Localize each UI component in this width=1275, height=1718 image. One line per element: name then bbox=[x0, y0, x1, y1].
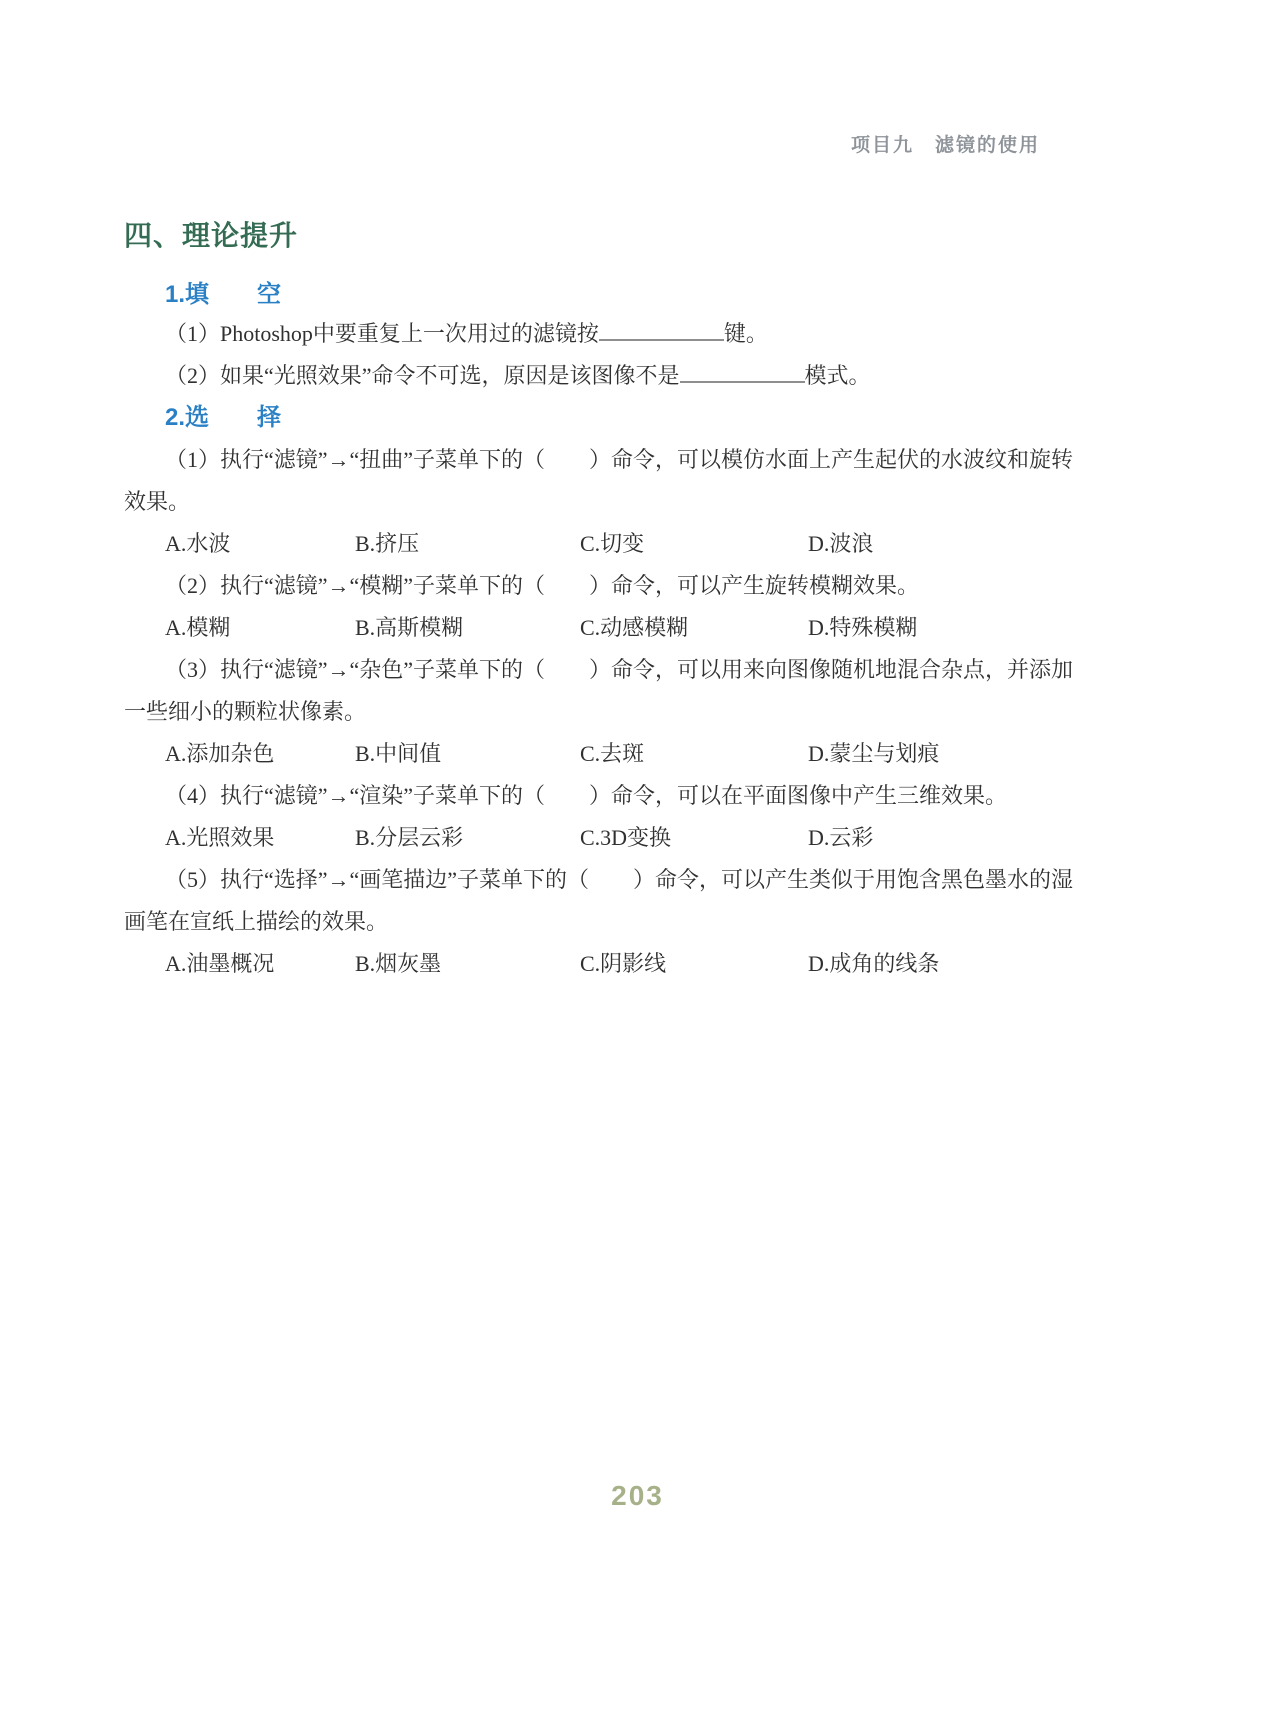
question-text-line: 效果。 bbox=[124, 481, 1151, 523]
section-title: 四、理论提升 bbox=[124, 219, 1151, 253]
option-d: D.云彩 bbox=[808, 817, 1151, 859]
answer-blank bbox=[680, 363, 805, 383]
question-text-line: （4）执行“滤镜”→“渲染”子菜单下的（ ）命令，可以在平面图像中产生三维效果。 bbox=[124, 775, 1151, 817]
option-b: B.分层云彩 bbox=[355, 817, 580, 859]
fill-in-item-post: 模式。 bbox=[805, 363, 871, 388]
option-d: D.波浪 bbox=[808, 523, 1151, 565]
option-d: D.蒙尘与划痕 bbox=[808, 733, 1151, 775]
document-page: 项目九 滤镜的使用 四、理论提升 1.填 空 （1）Photoshop中要重复上… bbox=[0, 0, 1275, 1718]
options-row: A.油墨概况 B.烟灰墨 C.阴影线 D.成角的线条 bbox=[124, 943, 1151, 985]
options-row: A.水波 B.挤压 C.切变 D.波浪 bbox=[124, 523, 1151, 565]
option-d: D.成角的线条 bbox=[808, 943, 1151, 985]
question-text-line: 一些细小的颗粒状像素。 bbox=[124, 691, 1151, 733]
page-content: 四、理论提升 1.填 空 （1）Photoshop中要重复上一次用过的滤镜按键。… bbox=[124, 219, 1151, 985]
fill-in-item: （1）Photoshop中要重复上一次用过的滤镜按键。 bbox=[124, 313, 1151, 355]
choice-question-4: （4）执行“滤镜”→“渲染”子菜单下的（ ）命令，可以在平面图像中产生三维效果。… bbox=[124, 775, 1151, 859]
option-c: C.3D变换 bbox=[580, 817, 808, 859]
choice-question-1: （1）执行“滤镜”→“扭曲”子菜单下的（ ）命令，可以模仿水面上产生起伏的水波纹… bbox=[124, 439, 1151, 565]
fill-in-heading: 1.填 空 bbox=[165, 277, 1151, 313]
question-text-line: （5）执行“选择”→“画笔描边”子菜单下的（ ）命令，可以产生类似于用饱含黑色墨… bbox=[124, 859, 1151, 901]
option-a: A.光照效果 bbox=[165, 817, 355, 859]
question-text-line: 画笔在宣纸上描绘的效果。 bbox=[124, 901, 1151, 943]
choice-question-5: （5）执行“选择”→“画笔描边”子菜单下的（ ）命令，可以产生类似于用饱含黑色墨… bbox=[124, 859, 1151, 985]
option-c: C.动感模糊 bbox=[580, 607, 808, 649]
option-c: C.阴影线 bbox=[580, 943, 808, 985]
choice-question-3: （3）执行“滤镜”→“杂色”子菜单下的（ ）命令，可以用来向图像随机地混合杂点，… bbox=[124, 649, 1151, 775]
fill-in-item: （2）如果“光照效果”命令不可选，原因是该图像不是模式。 bbox=[124, 355, 1151, 397]
page-number: 203 bbox=[0, 1480, 1275, 1512]
answer-blank bbox=[599, 321, 724, 341]
option-d: D.特殊模糊 bbox=[808, 607, 1151, 649]
option-b: B.烟灰墨 bbox=[355, 943, 580, 985]
question-text-line: （1）执行“滤镜”→“扭曲”子菜单下的（ ）命令，可以模仿水面上产生起伏的水波纹… bbox=[124, 439, 1151, 481]
fill-in-item-pre: （2）如果“光照效果”命令不可选，原因是该图像不是 bbox=[165, 363, 680, 388]
option-c: C.去斑 bbox=[580, 733, 808, 775]
running-head: 项目九 滤镜的使用 bbox=[851, 130, 1040, 157]
option-a: A.模糊 bbox=[165, 607, 355, 649]
option-a: A.油墨概况 bbox=[165, 943, 355, 985]
options-row: A.光照效果 B.分层云彩 C.3D变换 D.云彩 bbox=[124, 817, 1151, 859]
choice-heading: 2.选 择 bbox=[165, 397, 1151, 439]
question-text-line: （3）执行“滤镜”→“杂色”子菜单下的（ ）命令，可以用来向图像随机地混合杂点，… bbox=[124, 649, 1151, 691]
option-c: C.切变 bbox=[580, 523, 808, 565]
option-b: B.中间值 bbox=[355, 733, 580, 775]
options-row: A.添加杂色 B.中间值 C.去斑 D.蒙尘与划痕 bbox=[124, 733, 1151, 775]
fill-in-item-pre: （1）Photoshop中要重复上一次用过的滤镜按 bbox=[165, 321, 599, 346]
options-row: A.模糊 B.高斯模糊 C.动感模糊 D.特殊模糊 bbox=[124, 607, 1151, 649]
choice-question-2: （2）执行“滤镜”→“模糊”子菜单下的（ ）命令，可以产生旋转模糊效果。 A.模… bbox=[124, 565, 1151, 649]
fill-in-item-post: 键。 bbox=[724, 321, 768, 346]
question-text-line: （2）执行“滤镜”→“模糊”子菜单下的（ ）命令，可以产生旋转模糊效果。 bbox=[124, 565, 1151, 607]
option-a: A.水波 bbox=[165, 523, 355, 565]
option-b: B.挤压 bbox=[355, 523, 580, 565]
option-a: A.添加杂色 bbox=[165, 733, 355, 775]
option-b: B.高斯模糊 bbox=[355, 607, 580, 649]
